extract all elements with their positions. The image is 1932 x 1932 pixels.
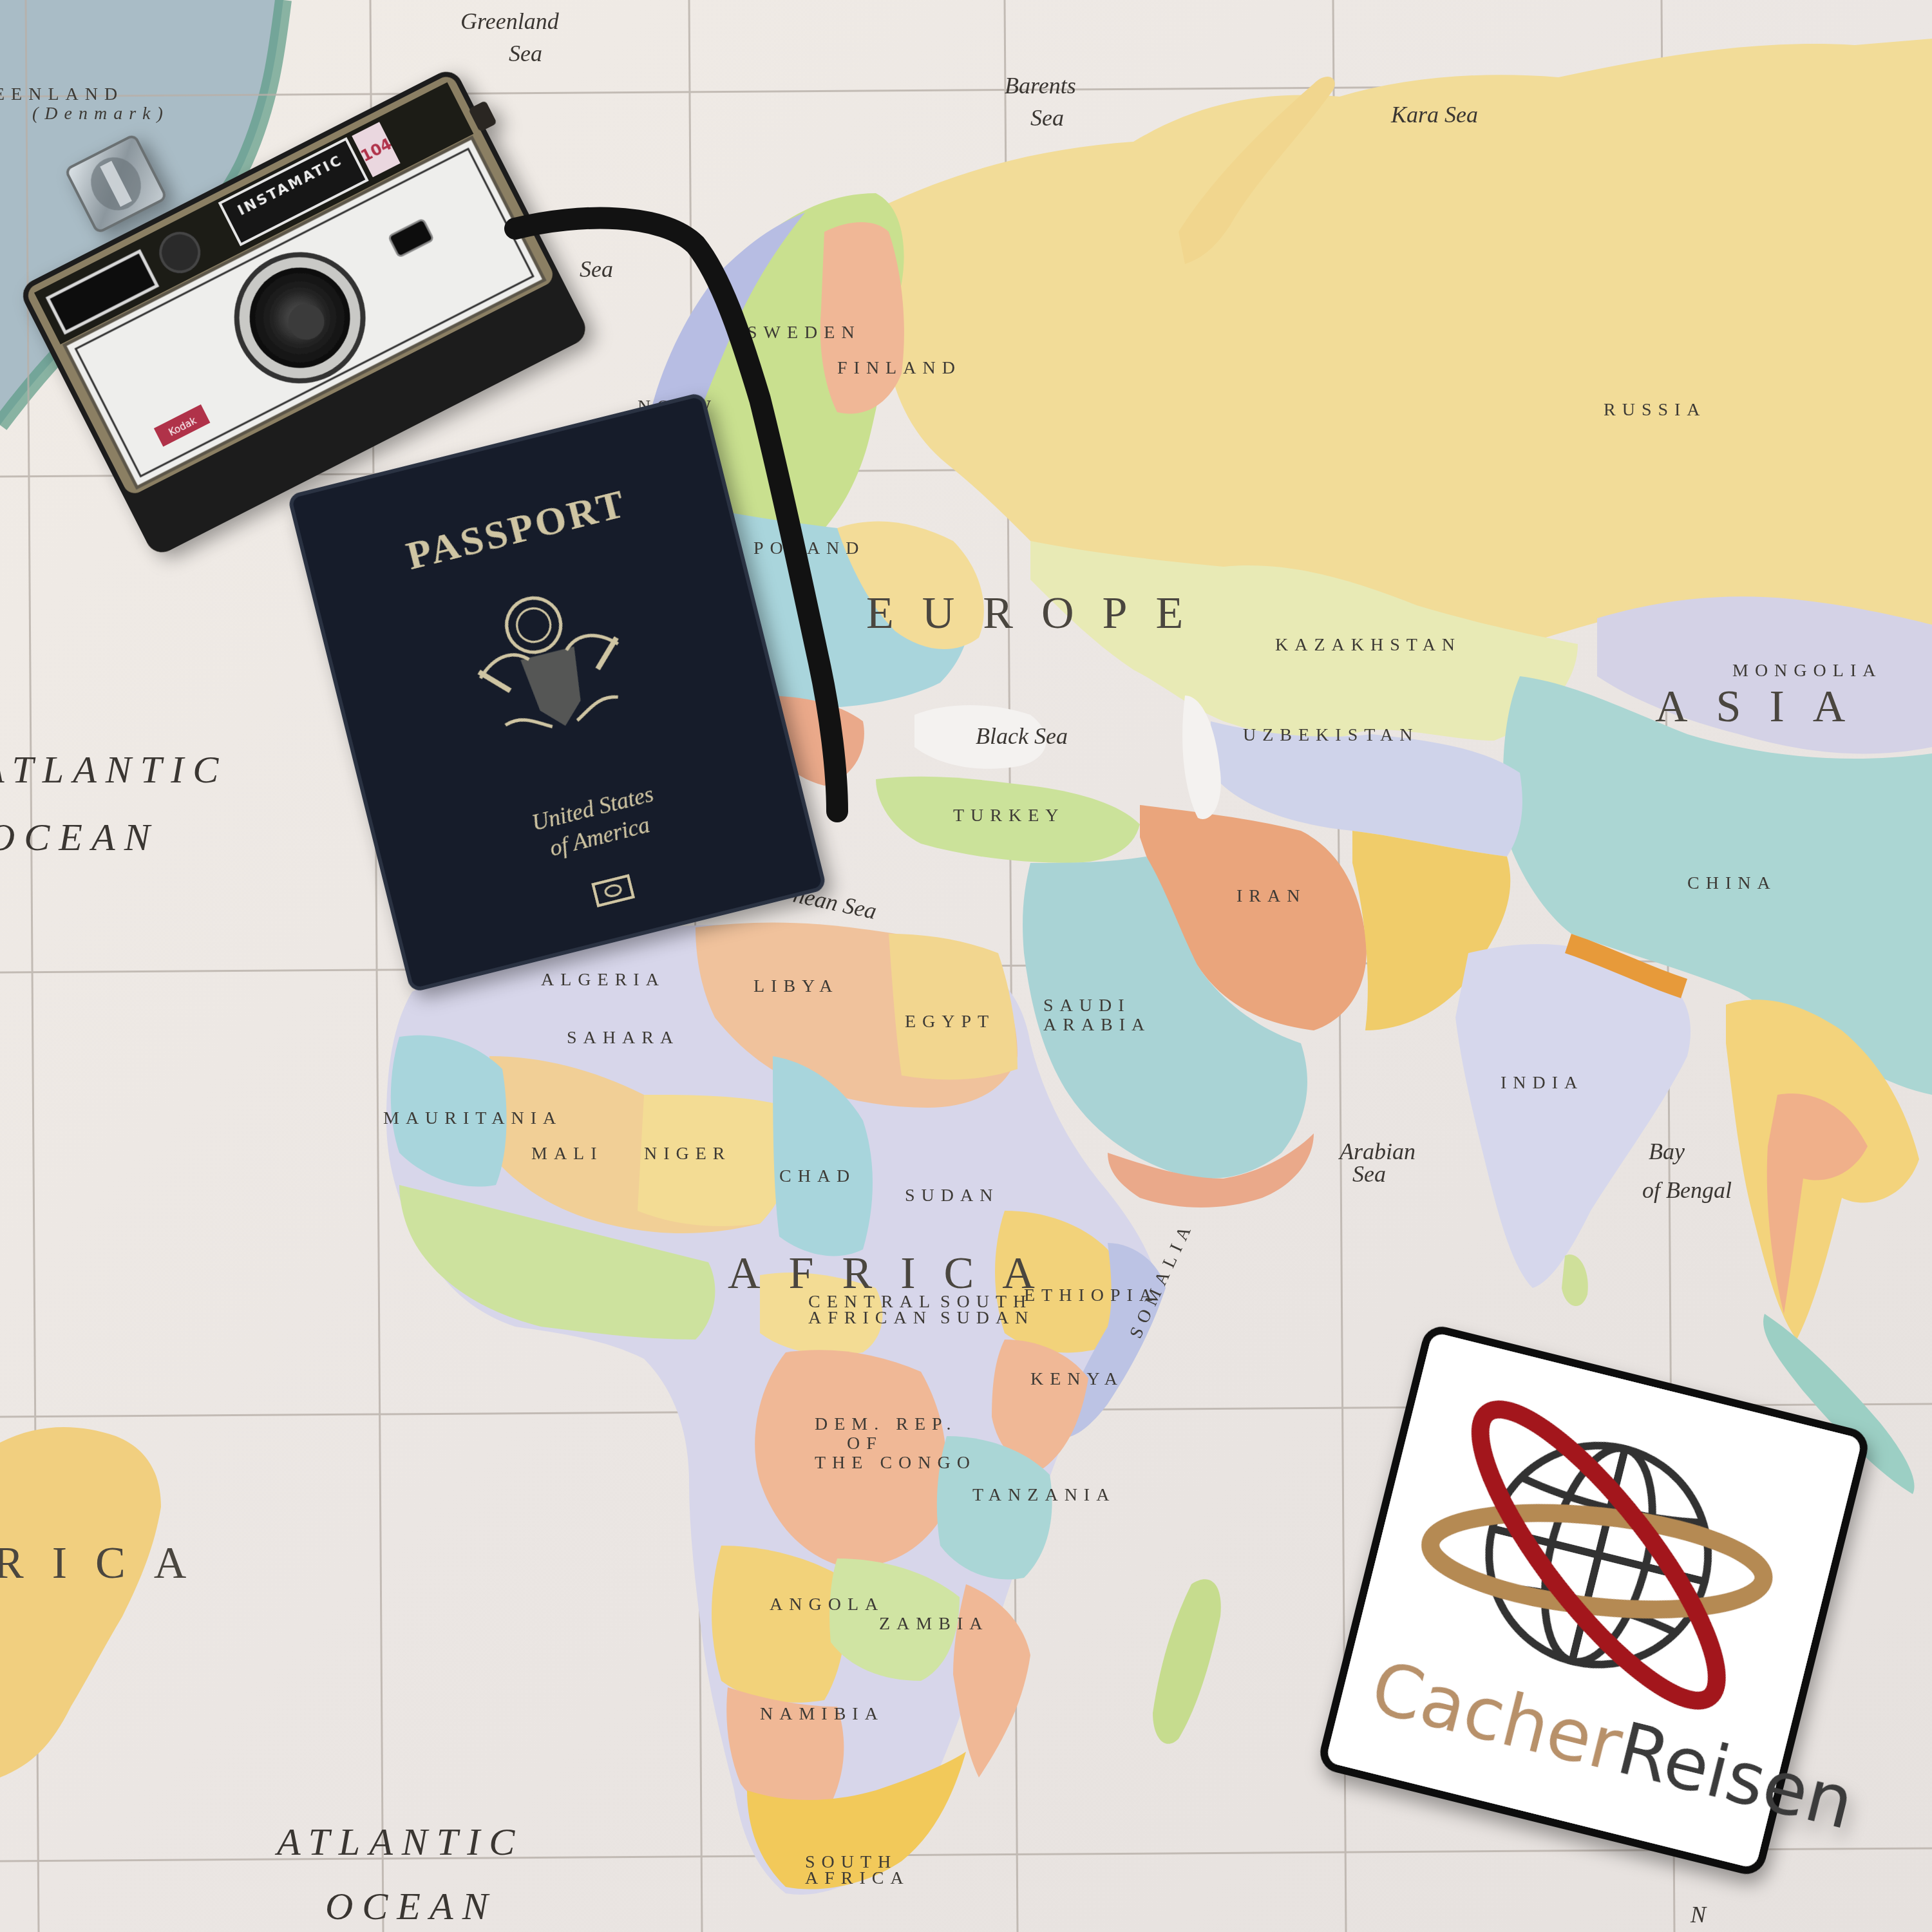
sea-label-greenland-2: Sea — [509, 41, 542, 66]
country-label-libya: LIBYA — [753, 976, 838, 996]
country-label-drc-1: DEM. REP. — [815, 1414, 957, 1434]
sea-label-arabian: Arabian — [1338, 1139, 1416, 1164]
country-label-tanzania: TANZANIA — [972, 1485, 1115, 1505]
continent-label-south-america: RICA — [0, 1539, 214, 1588]
sea-label-norwegian: Sea — [580, 256, 613, 282]
sea-label-bengal-2: of Bengal — [1642, 1177, 1732, 1203]
ocean-label-atlantic-north: ATLANTIC — [0, 748, 227, 791]
sea-label-greenland: Greenland — [460, 8, 560, 34]
country-label-greenland: EENLAND — [0, 84, 124, 104]
egypt — [889, 934, 1018, 1080]
continent-label-asia: ASIA — [1655, 682, 1873, 732]
country-label-greenland-sub: (Denmark) — [32, 104, 169, 124]
country-label-niger: NIGER — [644, 1144, 732, 1164]
ocean-label-atlantic-south-2: OCEAN — [325, 1885, 497, 1927]
sea-label-bengal: Bay — [1649, 1139, 1685, 1164]
country-label-india: INDIA — [1501, 1073, 1584, 1093]
country-label-namibia: NAMIBIA — [760, 1704, 884, 1724]
country-label-south-africa-2: AFRICA — [805, 1868, 910, 1888]
country-label-turkey: TURKEY — [953, 806, 1065, 826]
sea-label-barents-2: Sea — [1030, 105, 1064, 131]
country-label-uzbekistan: UZBEKISTAN — [1243, 725, 1419, 745]
country-label-mali: MALI — [531, 1144, 603, 1164]
country-label-south-sudan-2: SUDAN — [940, 1308, 1034, 1328]
country-label-china: CHINA — [1687, 873, 1777, 893]
sea-label-black: Black Sea — [976, 723, 1068, 749]
country-label-poland: POLAND — [753, 538, 866, 558]
ocean-label-atlantic-north-2: OCEAN — [0, 816, 159, 858]
country-label-angola: ANGOLA — [770, 1595, 884, 1615]
country-label-ethiopia: ETHIOPIA — [1024, 1285, 1159, 1305]
sea-label-kara: Kara Sea — [1390, 102, 1478, 128]
angola — [712, 1546, 846, 1703]
country-label-chad: CHAD — [779, 1166, 856, 1186]
country-label-iran: IRAN — [1236, 886, 1306, 906]
country-label-car-2: AFRICAN — [808, 1308, 933, 1328]
ocean-label-atlantic-south: ATLANTIC — [274, 1821, 524, 1863]
country-label-zambia: ZAMBIA — [879, 1614, 989, 1634]
continent-label-europe: EUROPE — [866, 589, 1211, 638]
country-label-drc-3: THE CONGO — [815, 1453, 976, 1473]
country-label-mongolia: MONGOLIA — [1732, 661, 1882, 681]
country-label-russia: RUSSIA — [1604, 400, 1707, 420]
country-label-saudi-1: SAUDI — [1043, 996, 1131, 1016]
sea-label-barents: Barents — [1005, 73, 1076, 99]
country-label-kazakhstan: KAZAKHSTAN — [1275, 635, 1461, 655]
country-label-sahara: SAHARA — [567, 1028, 679, 1048]
map-scene: ATLANTICOCEANATLANTICOCEANGreenlandSeaBa… — [0, 0, 1932, 1932]
country-label-saudi-2: ARABIA — [1043, 1015, 1151, 1035]
continent-label-africa: AFRICA — [728, 1249, 1063, 1298]
country-label-algeria: ALGERIA — [541, 970, 665, 990]
country-label-sudan: SUDAN — [905, 1186, 999, 1206]
country-label-finland: FINLAND — [837, 358, 961, 378]
compass-north-letter: N — [1690, 1902, 1707, 1927]
finland — [820, 222, 904, 414]
country-label-drc-2: OF — [847, 1434, 883, 1454]
country-label-kenya: KENYA — [1030, 1369, 1124, 1389]
country-label-mauritania: MAURITANIA — [383, 1108, 562, 1128]
country-label-egypt: EGYPT — [905, 1012, 995, 1032]
country-label-sweden: SWEDEN — [747, 323, 861, 343]
sea-label-arabian-2: Sea — [1352, 1161, 1386, 1187]
